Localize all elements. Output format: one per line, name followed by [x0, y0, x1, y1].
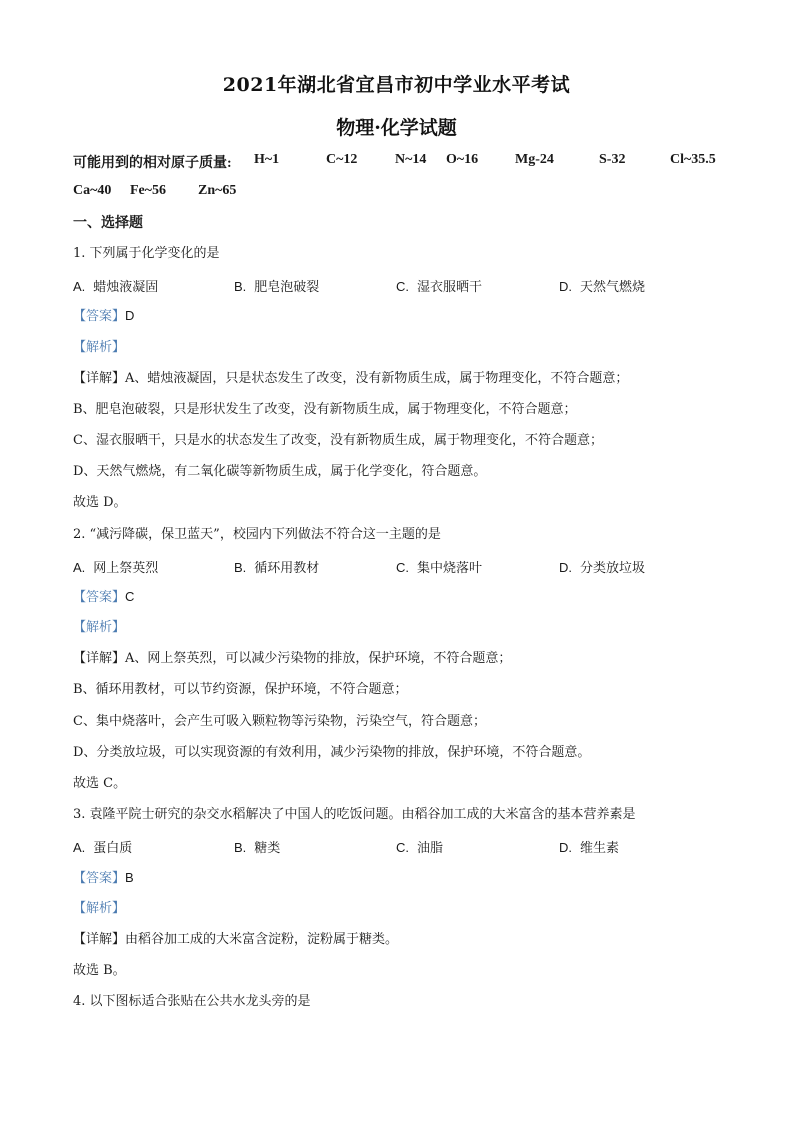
question-stem: 4. 以下图标适合张贴在公共水龙头旁的是 [73, 993, 311, 1011]
detail-line: D、分类放垃圾，可以实现资源的有效利用，减少污染物的排放，保护环境，不符合题意。 [73, 744, 590, 762]
option-d: D.维生素 [559, 837, 619, 856]
atomic-mass-item: Cl~35.5 [670, 152, 716, 168]
atomic-mass-item: Ca~40 [73, 183, 111, 199]
option-text: 蜡烛液凝固 [93, 280, 158, 295]
option-text: 分类放垃圾 [580, 561, 645, 576]
option-key: A. [73, 840, 85, 855]
option-key: C. [396, 840, 409, 855]
option-b: B.肥皂泡破裂 [234, 276, 319, 295]
section-title: 一、选择题 [73, 214, 143, 232]
analysis-tag: 【解析】 [73, 339, 125, 357]
answer-line: 【答案】B [73, 869, 134, 888]
option-text: 网上祭英烈 [93, 561, 158, 576]
document-page: 2021年湖北省宜昌市初中学业水平考试 物理·化学试题 可能用到的相对原子质量:… [0, 0, 793, 1122]
atomic-mass-item: C~12 [326, 152, 357, 168]
detail-line: B、肥皂泡破裂，只是形状发生了改变，没有新物质生成，属于物理变化，不符合题意； [73, 401, 577, 419]
atomic-mass-item: N~14 [395, 152, 426, 168]
conclusion: 故选 D。 [73, 494, 127, 512]
option-key: D. [559, 560, 572, 575]
option-key: A. [73, 560, 85, 575]
option-d: D.天然气燃烧 [559, 276, 645, 295]
answer-tag: 【答案】 [73, 309, 125, 324]
conclusion: 故选 C。 [73, 775, 126, 793]
option-key: A. [73, 279, 85, 294]
exam-subtitle: 物理·化学试题 [0, 113, 793, 140]
detail-line: B、循环用教材，可以节约资源，保护环境，不符合题意； [73, 681, 408, 699]
answer-line: 【答案】D [73, 307, 134, 326]
analysis-tag: 【解析】 [73, 619, 125, 637]
option-d: D.分类放垃圾 [559, 557, 645, 576]
detail-line: C、集中烧落叶，会产生可吸入颗粒物等污染物，污染空气，符合题意； [73, 713, 486, 731]
option-key: D. [559, 840, 572, 855]
detail-line: D、天然气燃烧，有二氧化碳等新物质生成，属于化学变化，符合题意。 [73, 463, 486, 481]
answer-value: B [125, 870, 134, 885]
option-text: 湿衣服晒干 [417, 280, 482, 295]
option-a: A.蜡烛液凝固 [73, 276, 158, 295]
atomic-mass-item: Fe~56 [130, 183, 166, 199]
option-text: 肥皂泡破裂 [254, 280, 319, 295]
option-text: 油脂 [417, 841, 443, 856]
atomic-mass-item: S-32 [599, 152, 625, 168]
atomic-mass-item: Mg-24 [515, 152, 554, 168]
detail-line: C、湿衣服晒干，只是水的状态发生了改变，没有新物质生成，属于物理变化，不符合题意… [73, 432, 603, 450]
detail-text: A、蜡烛液凝固，只是状态发生了改变，没有新物质生成，属于物理变化，不符合题意； [125, 371, 628, 386]
option-c: C.湿衣服晒干 [396, 276, 482, 295]
detail-text: 由稻谷加工成的大米富含淀粉，淀粉属于糖类。 [125, 932, 398, 947]
option-c: C.集中烧落叶 [396, 557, 482, 576]
option-key: B. [234, 560, 246, 575]
answer-value: C [125, 589, 134, 604]
answer-line: 【答案】C [73, 588, 134, 607]
option-a: A.网上祭英烈 [73, 557, 158, 576]
detail-line: 【详解】A、蜡烛液凝固，只是状态发生了改变，没有新物质生成，属于物理变化，不符合… [73, 370, 628, 388]
conclusion: 故选 B。 [73, 962, 126, 980]
question-stem: 1. 下列属于化学变化的是 [73, 245, 220, 263]
detail-text: A、网上祭英烈，可以减少污染物的排放，保护环境，不符合题意； [125, 651, 511, 666]
option-c: C.油脂 [396, 837, 443, 856]
atomic-mass-item: H~1 [254, 152, 279, 168]
option-text: 维生素 [580, 841, 619, 856]
detail-line: 【详解】A、网上祭英烈，可以减少污染物的排放，保护环境，不符合题意； [73, 650, 511, 668]
answer-tag: 【答案】 [73, 590, 125, 605]
detail-tag: 【详解】 [73, 651, 125, 666]
option-key: C. [396, 560, 409, 575]
question-stem: 3. 袁隆平院士研究的杂交水稻解决了中国人的吃饭问题。由稻谷加工成的大米富含的基… [73, 806, 636, 824]
option-text: 天然气燃烧 [580, 280, 645, 295]
detail-tag: 【详解】 [73, 932, 125, 947]
option-key: C. [396, 279, 409, 294]
atomic-mass-item: O~16 [446, 152, 478, 168]
option-text: 循环用教材 [254, 561, 319, 576]
option-key: B. [234, 840, 246, 855]
question-stem: 2. “减污降碳，保卫蓝天”，校园内下列做法不符合这一主题的是 [73, 526, 441, 544]
atomic-mass-label: 可能用到的相对原子质量: [73, 152, 232, 172]
option-text: 蛋白质 [93, 841, 132, 856]
option-text: 糖类 [254, 841, 280, 856]
exam-title: 2021年湖北省宜昌市初中学业水平考试 [0, 70, 793, 97]
option-a: A.蛋白质 [73, 837, 132, 856]
detail-tag: 【详解】 [73, 371, 125, 386]
detail-line: 【详解】由稻谷加工成的大米富含淀粉，淀粉属于糖类。 [73, 931, 398, 949]
option-b: B.糖类 [234, 837, 280, 856]
option-text: 集中烧落叶 [417, 561, 482, 576]
option-b: B.循环用教材 [234, 557, 319, 576]
answer-value: D [125, 308, 134, 323]
option-key: B. [234, 279, 246, 294]
answer-tag: 【答案】 [73, 871, 125, 886]
atomic-mass-item: Zn~65 [198, 183, 236, 199]
analysis-tag: 【解析】 [73, 900, 125, 918]
option-key: D. [559, 279, 572, 294]
